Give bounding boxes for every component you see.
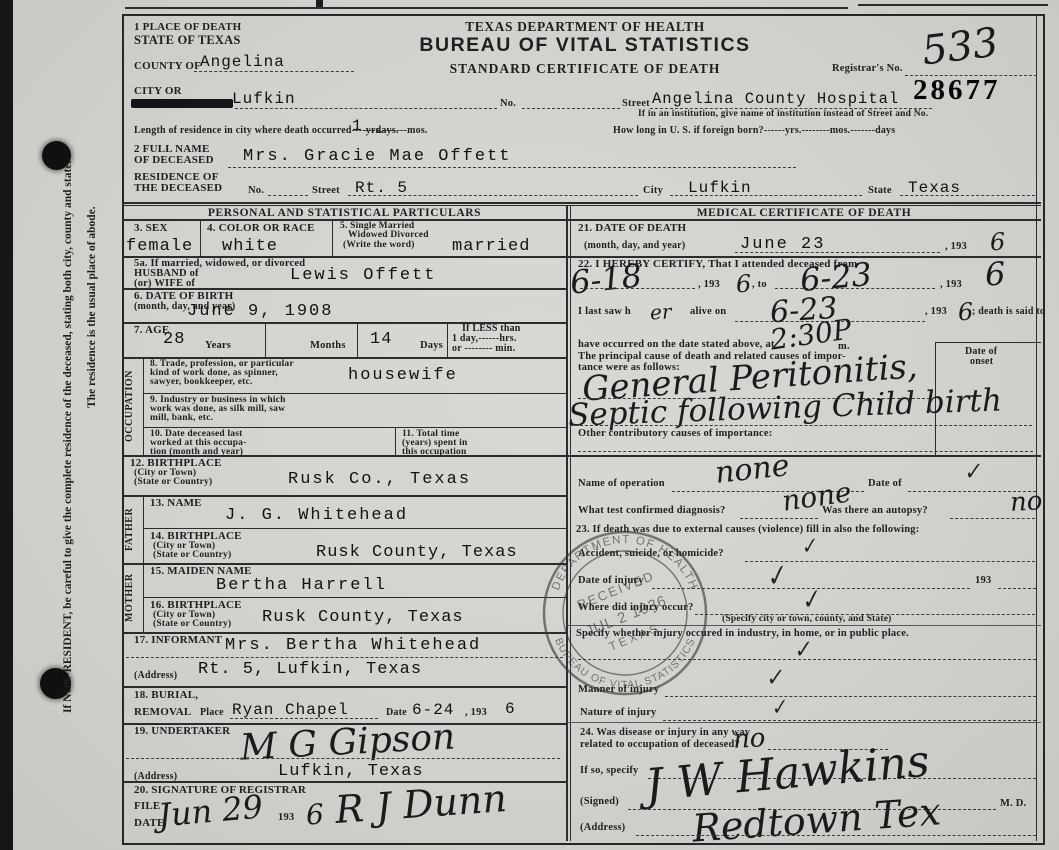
dotted-leader xyxy=(670,194,862,196)
county-label: COUNTY OF xyxy=(134,60,201,72)
scan-edge-top-tick xyxy=(316,0,323,7)
autopsy-label: Was there an autopsy? xyxy=(822,505,928,516)
medical-section-title: MEDICAL CERTIFICATE OF DEATH xyxy=(567,207,1041,219)
burial-label-2: REMOVAL xyxy=(134,706,191,718)
last-saw-label-3: ; death is said to xyxy=(972,306,1045,317)
undertaker-label: 19. UNDERTAKER xyxy=(134,725,230,737)
md-label: M. D. xyxy=(1000,798,1026,809)
rule-line xyxy=(935,342,1041,343)
rule-line xyxy=(143,495,144,563)
occupation-side-label: OCCUPATION xyxy=(124,357,135,455)
trade-label-3: sawyer, bookkeeper, etc. xyxy=(150,377,253,387)
nature-of-injury-label: Nature of injury xyxy=(580,707,657,718)
dotted-leader xyxy=(636,834,1036,836)
institution-note: If in an institution, give name of insti… xyxy=(638,109,928,119)
residence-length-days-label: ---days. xyxy=(365,125,399,136)
county-value: Angelina xyxy=(200,53,285,71)
father-birthplace-label-3: (State or Country) xyxy=(153,550,231,560)
last-saw-hand-mark: er xyxy=(649,299,672,324)
rule-line xyxy=(143,357,144,455)
dotted-leader xyxy=(740,517,818,519)
test-label: What test confirmed diagnosis? xyxy=(578,505,725,516)
age-months-label: Months xyxy=(310,340,346,351)
department-title: TEXAS DEPARTMENT OF HEALTH xyxy=(420,19,750,35)
date-of-death-label-1: 21. DATE OF DEATH xyxy=(578,222,686,234)
onset-label-2: onset xyxy=(970,356,993,367)
burial-year-value: 6 xyxy=(505,700,516,718)
rule-line xyxy=(447,322,448,357)
rule-line xyxy=(143,427,567,428)
last-saw-year-prefix: , 193 xyxy=(925,306,947,317)
dotted-leader xyxy=(665,695,1036,697)
rule-line xyxy=(567,219,1041,221)
father-name-label: 13. NAME xyxy=(150,497,202,509)
dotted-leader xyxy=(745,560,1035,562)
no-label: No. xyxy=(500,98,516,109)
certificate-title: STANDARD CERTIFICATE OF DEATH xyxy=(420,61,750,77)
rule-line xyxy=(332,219,333,256)
margin-note-residence: The residence is the usual place of abod… xyxy=(86,50,98,565)
rule-line xyxy=(143,393,567,394)
dotted-leader xyxy=(580,287,695,289)
place-of-death-label: 1 PLACE OF DEATH xyxy=(134,21,241,33)
birthplace-value: Rusk Co., Texas xyxy=(288,470,471,489)
us-length-label: How long in U. S. if foreign born?------… xyxy=(613,125,895,136)
date-of-death-year-value: 6 xyxy=(989,228,1006,257)
trade-value: housewife xyxy=(348,366,458,385)
age-days-label: Days xyxy=(420,340,443,351)
rule-line xyxy=(265,322,266,357)
burial-place-label: Place xyxy=(200,707,224,718)
rule-line xyxy=(567,455,1041,457)
autopsy-value: no xyxy=(1009,486,1043,518)
undertaker-address-value: Lufkin, Texas xyxy=(278,762,424,781)
dotted-leader xyxy=(228,166,796,168)
operation-label: Name of operation xyxy=(578,478,665,489)
related-label-1: 24. Was disease or injury in any way xyxy=(580,727,750,738)
age-days-value: 14 xyxy=(370,330,392,349)
file-number-stamp: 28677 xyxy=(913,74,1001,107)
dotted-leader xyxy=(194,70,354,72)
residence-label-2: THE DECEASED xyxy=(134,182,222,194)
registrar-no-value: 533 xyxy=(919,20,1000,75)
informant-address-label: (Address) xyxy=(134,670,177,681)
address-label: (Address) xyxy=(580,822,625,833)
full-name-label-2: OF DECEASED xyxy=(134,154,214,166)
if-so-specify-label: If so, specify xyxy=(580,765,639,776)
dotted-leader xyxy=(998,587,1036,589)
mother-side-label: MOTHER xyxy=(124,563,135,632)
dotted-leader xyxy=(735,251,940,253)
state-of-texas-label: STATE OF TEXAS xyxy=(134,33,241,48)
street-label: Street xyxy=(622,98,650,109)
dotted-leader xyxy=(126,757,560,759)
age-years-label: Years xyxy=(205,340,231,351)
date-of-death-label-2: (month, day, and year) xyxy=(584,240,685,251)
rule-line xyxy=(200,219,201,256)
spouse-value: Lewis Offett xyxy=(290,266,436,285)
dotted-leader xyxy=(235,107,497,109)
rule-line xyxy=(1036,16,1037,841)
dotted-leader xyxy=(663,719,1036,721)
dotted-leader xyxy=(950,517,1035,519)
dotted-leader xyxy=(578,450,1033,452)
mother-birthplace-value: Rusk County, Texas xyxy=(262,608,464,627)
industry-label-3: mill, bank, etc. xyxy=(150,413,213,423)
full-name-value: Mrs. Gracie Mae Offett xyxy=(243,147,511,166)
signed-label: (Signed) xyxy=(580,796,619,807)
operation-date-label: Date of xyxy=(868,478,902,489)
informant-label: 17. INFORMANT xyxy=(134,634,222,646)
last-saw-label-1: I last saw h xyxy=(578,306,631,317)
burial-label-1: 18. BURIAL, xyxy=(134,689,198,701)
city-value: Lufkin xyxy=(232,90,296,108)
certify-to-label: , to xyxy=(752,279,767,290)
rule-line xyxy=(125,7,848,9)
sex-label: 3. SEX xyxy=(134,222,168,234)
mother-name-value: Bertha Harrell xyxy=(216,576,387,595)
dotted-leader xyxy=(900,194,1035,196)
race-label: 4. COLOR OR RACE xyxy=(207,222,315,234)
file-year-prefix: 193 xyxy=(278,812,294,823)
dotted-leader xyxy=(268,194,308,196)
dotted-leader xyxy=(348,194,638,196)
rule-line xyxy=(122,205,1041,206)
margin-note-nonresident: If NON-RESIDENT, be careful to give the … xyxy=(62,28,74,846)
certify-year2-value: 6 xyxy=(984,254,1006,293)
race-value: white xyxy=(222,237,278,256)
rule-line xyxy=(143,597,567,598)
rule-line xyxy=(858,4,1048,6)
rule-line xyxy=(395,427,396,455)
rule-line xyxy=(143,528,567,529)
rule-line xyxy=(122,202,1041,204)
institution-value: Angelina County Hospital xyxy=(652,90,899,108)
received-stamp: DEPARTMENT OF HEALTH BUREAU OF VITAL STA… xyxy=(539,527,711,699)
burial-year-prefix: , 193 xyxy=(465,707,487,718)
residence-length-days-value: 1 xyxy=(352,117,363,135)
date-of-death-year-prefix: , 193 xyxy=(945,241,967,252)
birthplace-label-3: (State or Country) xyxy=(134,477,212,487)
father-side-label: FATHER xyxy=(124,495,135,563)
rule-line xyxy=(567,722,1041,723)
residence-no-label: No. xyxy=(248,185,264,196)
informant-address-value: Rt. 5, Lufkin, Texas xyxy=(198,660,422,679)
city-or-label: CITY OR xyxy=(134,85,182,97)
column-divider xyxy=(566,205,568,841)
personal-section-title: PERSONAL AND STATISTICAL PARTICULARS xyxy=(122,207,567,219)
dob-value: June 9, 1908 xyxy=(187,302,333,321)
marital-label-2: Widowed Divorced xyxy=(348,230,429,240)
scan-edge-left xyxy=(0,0,13,850)
marital-label-3: (Write the word) xyxy=(343,240,415,250)
sex-value: female xyxy=(126,237,193,256)
injury-date-year: 193 xyxy=(975,575,991,586)
rule-line xyxy=(357,322,358,357)
informant-value: Mrs. Bertha Whitehead xyxy=(225,636,481,655)
certify-year1-prefix: , 193 xyxy=(698,279,720,290)
certify-year2-prefix: , 193 xyxy=(940,279,962,290)
mother-birthplace-label-3: (State or Country) xyxy=(153,619,231,629)
age-less-label-3: or -------- min. xyxy=(452,343,515,354)
redacted-text xyxy=(131,99,233,108)
death-certificate-document: If NON-RESIDENT, be careful to give the … xyxy=(0,0,1059,850)
father-name-value: J. G. Whitehead xyxy=(225,506,408,525)
father-birthplace-value: Rusk County, Texas xyxy=(316,543,518,562)
age-years-value: 28 xyxy=(163,330,185,349)
dotted-leader xyxy=(126,656,563,658)
certify-year1-value: 6 xyxy=(735,270,752,299)
certify-from-value: 6-18 xyxy=(568,256,643,301)
bureau-title: BUREAU OF VITAL STATISTICS xyxy=(400,34,770,57)
marital-value: married xyxy=(452,237,530,256)
related-label-2: related to occupation of deceased? xyxy=(580,739,740,750)
contributory-label: Other contributory causes of importance: xyxy=(578,428,772,439)
rule-line xyxy=(122,686,567,688)
burial-date-label: Date xyxy=(386,707,407,718)
dotted-leader xyxy=(522,107,620,109)
occurred-label-1: have occurred on the date stated above, … xyxy=(578,339,775,350)
injury-where-note: (Specify city or town, county, and State… xyxy=(722,614,892,624)
last-saw-label-2: alive on xyxy=(690,306,726,317)
file-year-value: 6 xyxy=(305,798,325,832)
residence-state-label: State xyxy=(868,185,892,196)
dotted-leader xyxy=(570,424,1032,426)
column-divider xyxy=(570,205,571,841)
residence-city-label: City xyxy=(643,185,663,196)
residence-street-label: Street xyxy=(312,185,340,196)
dotted-leader xyxy=(230,717,378,719)
registrar-no-label: Registrar's No. xyxy=(832,63,903,74)
